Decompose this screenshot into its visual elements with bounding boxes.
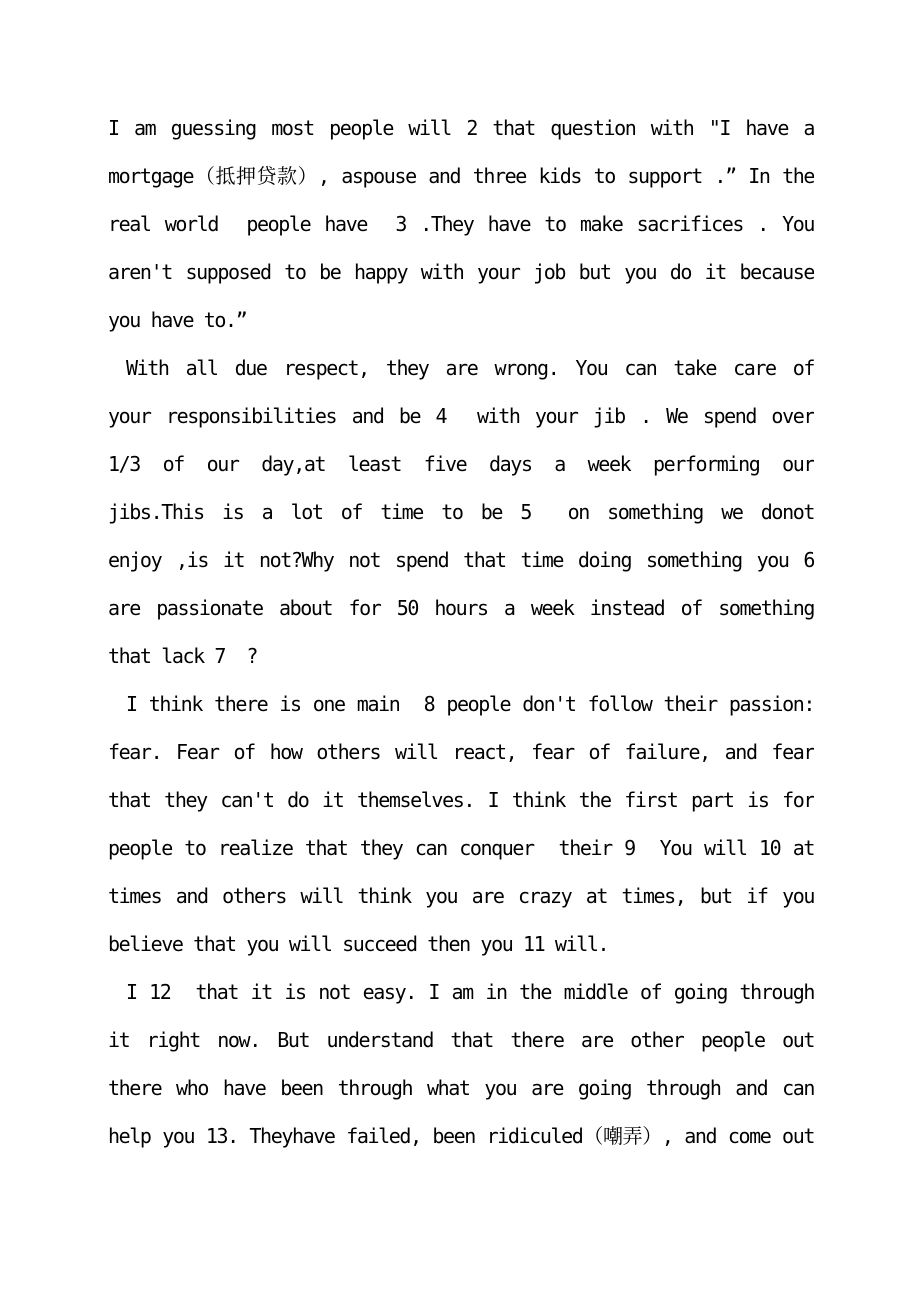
text-line: I am guessing most people will 2 that qu… — [108, 104, 814, 152]
document-page: I am guessing most people will 2 that qu… — [0, 0, 920, 1302]
paragraph-1: I am guessing most people will 2 that qu… — [108, 104, 814, 344]
paragraph-3: I think there is one main 8 people don't… — [108, 680, 814, 968]
text-line: aren't supposed to be happy with your jo… — [108, 248, 814, 296]
paragraph-4: I 12 that it is not easy. I am in the mi… — [108, 968, 814, 1160]
text-line: it right now. But understand that there … — [108, 1016, 814, 1064]
text-line: you have to.” — [108, 296, 814, 344]
text-line: I 12 that it is not easy. I am in the mi… — [108, 968, 814, 1016]
text-line: times and others will think you are craz… — [108, 872, 814, 920]
text-line: there who have been through what you are… — [108, 1064, 814, 1112]
text-line: that they can't do it themselves. I thin… — [108, 776, 814, 824]
text-line: people to realize that they can conquer … — [108, 824, 814, 872]
text-line: mortgage（抵押贷款）, aspouse and three kids t… — [108, 152, 814, 200]
text-line: your responsibilities and be 4 with your… — [108, 392, 814, 440]
text-line: 1/3 of our day,at least five days a week… — [108, 440, 814, 488]
text-line: help you 13. Theyhave failed, been ridic… — [108, 1112, 814, 1160]
text-line: are passionate about for 50 hours a week… — [108, 584, 814, 632]
text-line: that lack 7 ? — [108, 632, 814, 680]
passage-text: I am guessing most people will 2 that qu… — [108, 104, 814, 1160]
text-line: fear. Fear of how others will react, fea… — [108, 728, 814, 776]
text-line: believe that you will succeed then you 1… — [108, 920, 814, 968]
text-line: real world people have 3 .They have to m… — [108, 200, 814, 248]
paragraph-2: With all due respect, they are wrong. Yo… — [108, 344, 814, 680]
text-line: I think there is one main 8 people don't… — [108, 680, 814, 728]
text-line: enjoy ,is it not?Why not spend that time… — [108, 536, 814, 584]
text-line: With all due respect, they are wrong. Yo… — [108, 344, 814, 392]
text-line: jibs.This is a lot of time to be 5 on so… — [108, 488, 814, 536]
